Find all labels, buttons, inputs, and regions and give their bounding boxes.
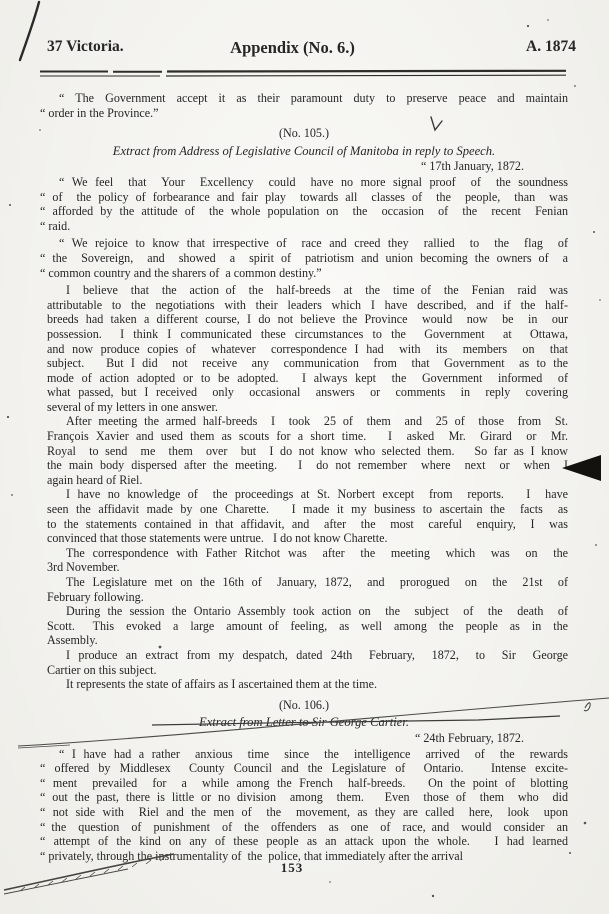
text-line: February following. xyxy=(47,590,568,605)
text-line: “ ment prevailed for a while among the F… xyxy=(40,776,568,791)
text-line: “ I have had a rather anxious time since… xyxy=(40,747,568,762)
text-line: “ offered by Middlesex County Council an… xyxy=(40,761,568,776)
text-line: Cartier on this subject. xyxy=(47,663,568,678)
text-line: and now produce copies of whatever corre… xyxy=(47,342,568,357)
text-line: “ not side with Riel and the men of the … xyxy=(40,805,568,820)
page-number: 153 xyxy=(0,860,584,876)
text-line: “ afforded by the attitude of the whole … xyxy=(40,204,568,219)
block-center-14: (No. 106.) xyxy=(40,698,568,713)
text-line: “ the question of punishment of the offe… xyxy=(40,820,568,835)
text-line: After meeting the armed half-breeds I to… xyxy=(47,414,568,429)
text-line: “ raid. xyxy=(40,219,568,234)
block-center-1: (No. 105.) xyxy=(40,126,568,141)
block-par-11: During the session the Ontario Assembly … xyxy=(40,604,568,648)
header-appendix-title: Appendix (No. 6.) xyxy=(0,38,585,58)
text-line: I produce an extract from my despatch, d… xyxy=(47,648,568,663)
text-line: again heard of Riel. xyxy=(47,473,568,488)
text-line: possession. I think I communicated these… xyxy=(47,327,568,342)
header-session-year: A. 1874 xyxy=(526,38,576,56)
block-par-8: I have no knowledge of the proceedings a… xyxy=(40,487,568,545)
text-line: the main body dispersed after the meetin… xyxy=(47,458,568,473)
text-line: to the statements contained in that affi… xyxy=(47,517,568,532)
text-line: convinced that those statements were unt… xyxy=(47,531,568,546)
text-line: François Xavier and used them as scouts … xyxy=(47,429,568,444)
text-line: “ out the past, there is little or no di… xyxy=(40,790,568,805)
page-header: 37 Victoria. Appendix (No. 6.) A. 1874 xyxy=(0,38,609,60)
text-line: attributable to the negotiations with th… xyxy=(47,298,568,313)
text-line: mode of action adopted or to be adopted.… xyxy=(47,371,568,386)
text-line: The Legislature met on the 16th of Janua… xyxy=(47,575,568,590)
text-line: “ order in the Province.” xyxy=(40,106,568,121)
block-heading-15: Extract from Letter to Sir George Cartie… xyxy=(40,715,568,730)
text-line: subject. But I did not receive any commu… xyxy=(47,356,568,371)
block-heading-2: Extract from Address of Legislative Coun… xyxy=(40,144,568,159)
text-line: The correspondence with Father Ritchot w… xyxy=(47,546,568,561)
text-line: Scott. This evoked a large amount of fee… xyxy=(47,619,568,634)
block-par-7: After meeting the armed half-breeds I to… xyxy=(40,414,568,487)
text-line: I believe that the action of the half-br… xyxy=(47,283,568,298)
block-quote-0: “ The Government accept it as their para… xyxy=(40,91,568,120)
text-line: seen the affidavit made by one Charette.… xyxy=(47,502,568,517)
text-line: During the session the Ontario Assembly … xyxy=(47,604,568,619)
text-line: breeds had taken a different course, I d… xyxy=(47,312,568,327)
text-line: “ The Government accept it as their para… xyxy=(40,91,568,106)
text-line: what passed, but I received only occasio… xyxy=(47,385,568,400)
text-line: “ We rejoice to know that irrespective o… xyxy=(40,236,568,251)
text-line: It represents the state of affairs as I … xyxy=(47,677,568,692)
document-body: “ The Government accept it as their para… xyxy=(40,91,568,863)
text-line: “ the Sovereign, and showed a spirit of … xyxy=(40,251,568,266)
block-quote-5: “ We rejoice to know that irrespective o… xyxy=(40,236,568,280)
block-par-10: The Legislature met on the 16th of Janua… xyxy=(40,575,568,604)
block-par-6: I believe that the action of the half-br… xyxy=(40,283,568,414)
block-par-13: It represents the state of affairs as I … xyxy=(40,677,568,692)
text-line: Assembly. xyxy=(47,633,568,648)
block-par-9: The correspondence with Father Ritchot w… xyxy=(40,546,568,575)
block-par-12: I produce an extract from my despatch, d… xyxy=(40,648,568,677)
text-line: I have no knowledge of the proceedings a… xyxy=(47,487,568,502)
text-line: “ attempt of the kind on any of these pe… xyxy=(40,834,568,849)
text-line: “ common country and the sharers of a co… xyxy=(40,266,568,281)
block-date-16: “ 24th February, 1872. xyxy=(40,731,568,746)
text-line: Royal to send me them over but I do not … xyxy=(47,444,568,459)
text-line: “ We feel that Your Excellency could hav… xyxy=(40,175,568,190)
text-line: several of my letters in one answer. xyxy=(47,400,568,415)
block-date-3: “ 17th January, 1872. xyxy=(40,159,568,174)
text-line: “ of the policy of forbearance and fair … xyxy=(40,190,568,205)
block-quote-4: “ We feel that Your Excellency could hav… xyxy=(40,175,568,233)
block-quote-17: “ I have had a rather anxious time since… xyxy=(40,747,568,864)
text-line: 3rd November. xyxy=(47,560,568,575)
